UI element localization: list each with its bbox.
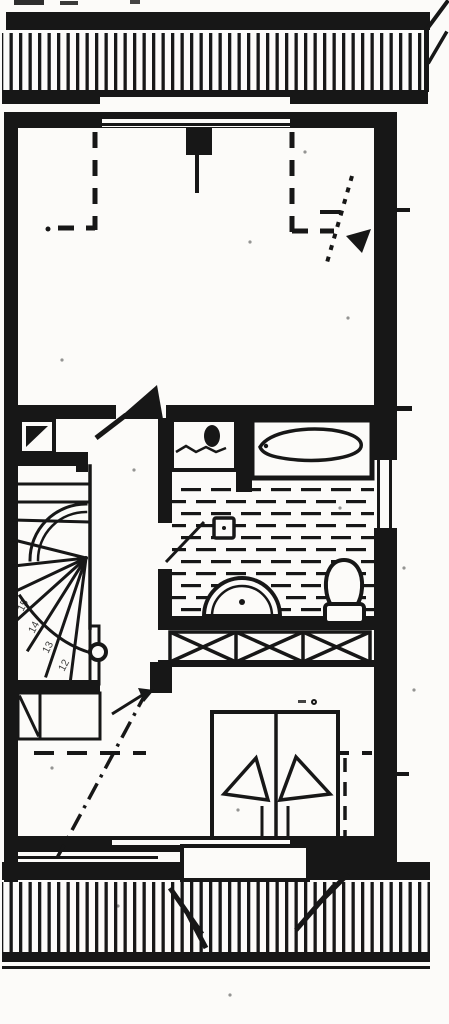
bedroom xyxy=(4,662,372,858)
wall-stub xyxy=(186,127,212,155)
right-wall-upper xyxy=(374,112,397,460)
section-line xyxy=(57,691,147,858)
chimney xyxy=(20,420,54,453)
hallway-partition xyxy=(158,418,172,630)
bathtub xyxy=(252,420,372,478)
scan-noise-mark xyxy=(14,0,44,5)
floor-drain xyxy=(214,518,234,538)
bathtub-drain-dot xyxy=(264,444,268,448)
right-wall-lower xyxy=(374,528,397,880)
left-wall xyxy=(4,112,18,882)
winder-tread xyxy=(14,540,86,558)
newel-circle xyxy=(90,644,106,660)
vanity-unit xyxy=(172,420,236,470)
bathroom xyxy=(158,418,374,630)
top-window-glazing xyxy=(102,123,290,126)
slope-arrowhead xyxy=(346,229,371,253)
closet-diagonal xyxy=(20,697,38,735)
dimension-tick xyxy=(397,772,409,776)
exterior-step xyxy=(182,846,308,880)
stair-step-numbers: 12 13 14 15 xyxy=(15,597,72,673)
bedroom-wall-corner xyxy=(150,662,172,693)
stair-tread xyxy=(14,520,88,522)
scan-noise-mark xyxy=(298,700,306,703)
double-bed xyxy=(212,712,338,838)
winder-staircase xyxy=(4,452,106,739)
toilet xyxy=(325,560,364,623)
upper-room xyxy=(46,127,372,266)
slope-dotted-line xyxy=(326,176,352,266)
middle-divider-wall xyxy=(4,405,374,419)
bath-wall-upper xyxy=(158,418,172,520)
toilet-tank xyxy=(325,604,364,623)
bathtub-inner xyxy=(260,429,361,460)
right-window-glazing xyxy=(377,460,380,528)
stair-step-number: 12 xyxy=(56,657,72,673)
top-balcony-hatch-band xyxy=(2,0,447,105)
scan-noise-mark xyxy=(130,0,140,4)
x-braced-wardrobe xyxy=(158,632,374,667)
dimension-tick xyxy=(397,406,412,411)
vanity-bowl xyxy=(204,425,220,447)
scan-noise-mark xyxy=(60,1,78,5)
right-window-glazing xyxy=(389,460,392,528)
floor-plan-page: 12 13 14 15 xyxy=(0,0,449,1024)
scan-noise-mark xyxy=(312,700,316,704)
washbasin-drain-dot xyxy=(239,599,245,605)
floor-plan-svg: 12 13 14 15 xyxy=(0,0,449,1024)
roof-edge-diagonal xyxy=(429,33,446,62)
bedroom-north-wall xyxy=(4,680,100,693)
dimension-tick xyxy=(397,208,410,212)
